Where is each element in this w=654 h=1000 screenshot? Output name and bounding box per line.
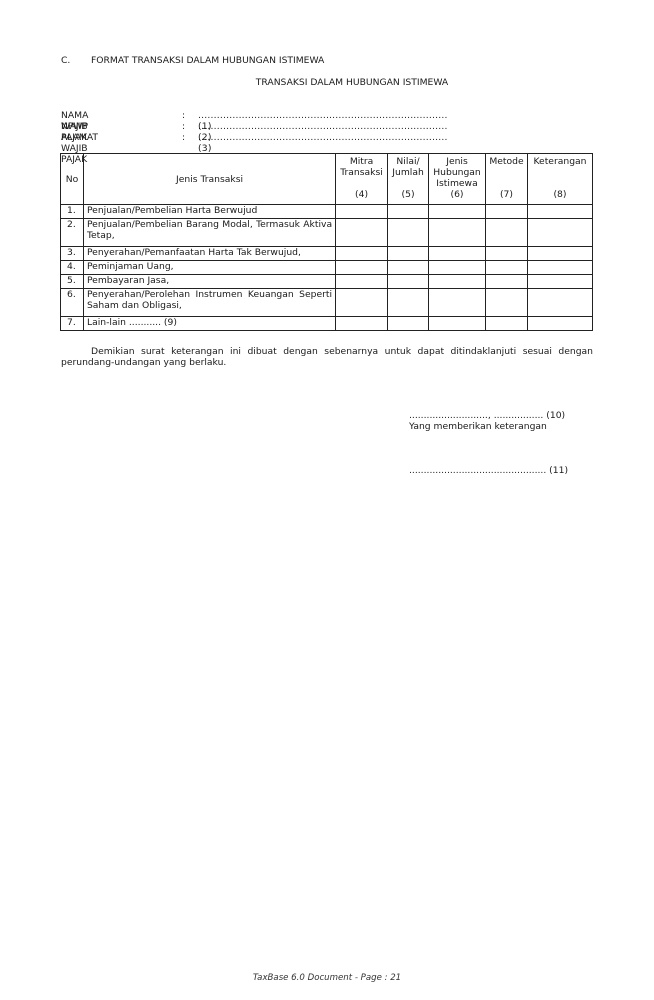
header-no: No: [61, 154, 84, 205]
table-header-row: No Jenis Transaksi Mitra Transaksi (4) N…: [61, 154, 593, 205]
header-metode: Metode (7): [485, 154, 527, 205]
header-number: (6): [432, 189, 482, 200]
header-number: (5): [391, 189, 425, 200]
row-jenis: Pembayaran Jasa,: [83, 275, 335, 289]
row-no: 3.: [61, 247, 84, 261]
row-jenis: Penyerahan/Perolehan Instrumen Keuangan …: [83, 289, 335, 317]
field-label: NPWP: [61, 121, 88, 132]
signature-place-date: ..........................., ...........…: [409, 410, 565, 421]
cell-hubungan: [429, 317, 486, 331]
row-jenis: Penjualan/Pembelian Harta Berwujud: [83, 205, 335, 219]
cell-hubungan: [429, 289, 486, 317]
cell-mitra: [336, 317, 388, 331]
closing-text: Demikian surat keterangan ini dibuat den…: [61, 346, 593, 368]
header-line: Istimewa: [432, 178, 482, 189]
cell-metode: [485, 219, 527, 247]
header-line: Keterangan: [531, 156, 589, 167]
cell-nilai: [388, 317, 429, 331]
header-line: Transaksi: [339, 167, 384, 178]
header-mitra-transaksi: Mitra Transaksi (4): [336, 154, 388, 205]
cell-mitra: [336, 289, 388, 317]
table-row: 2. Penjualan/Pembelian Barang Modal, Ter…: [61, 219, 593, 247]
header-nilai-jumlah: Nilai/ Jumlah (5): [388, 154, 429, 205]
cell-mitra: [336, 261, 388, 275]
table-row: 4. Peminjaman Uang,: [61, 261, 593, 275]
table-row: 1. Penjualan/Pembelian Harta Berwujud: [61, 205, 593, 219]
header-number: (7): [489, 189, 524, 200]
cell-mitra: [336, 219, 388, 247]
cell-keterangan: [527, 289, 592, 317]
header-jenis-transaksi: Jenis Transaksi: [83, 154, 335, 205]
row-jenis: Lain-lain ........... (9): [83, 317, 335, 331]
document-title: TRANSAKSI DALAM HUBUNGAN ISTIMEWA: [0, 77, 654, 88]
cell-hubungan: [429, 205, 486, 219]
header-line: Jenis: [432, 156, 482, 167]
cell-nilai: [388, 205, 429, 219]
section-letter: C.: [61, 55, 70, 66]
field-colon: :: [182, 132, 185, 143]
cell-mitra: [336, 247, 388, 261]
cell-metode: [485, 247, 527, 261]
header-line: Mitra: [339, 156, 384, 167]
table-row: 7. Lain-lain ........... (9): [61, 317, 593, 331]
header-jenis-hubungan-istimewa: Jenis Hubungan Istimewa (6): [429, 154, 486, 205]
section-title: FORMAT TRANSAKSI DALAM HUBUNGAN ISTIMEWA: [91, 55, 324, 66]
header-number: (8): [531, 189, 589, 200]
row-jenis: Penyerahan/Pemanfaatan Harta Tak Berwuju…: [83, 247, 335, 261]
row-no: 6.: [61, 289, 84, 317]
table-row: 3. Penyerahan/Pemanfaatan Harta Tak Berw…: [61, 247, 593, 261]
signature-name: ........................................…: [409, 465, 568, 476]
cell-mitra: [336, 205, 388, 219]
cell-nilai: [388, 247, 429, 261]
cell-keterangan: [527, 247, 592, 261]
cell-nilai: [388, 289, 429, 317]
closing-paragraph: Demikian surat keterangan ini dibuat den…: [61, 346, 593, 368]
cell-keterangan: [527, 205, 592, 219]
field-value: ........................................…: [198, 132, 448, 154]
cell-keterangan: [527, 219, 592, 247]
cell-metode: [485, 205, 527, 219]
cell-keterangan: [527, 275, 592, 289]
header-line: Nilai/: [391, 156, 425, 167]
cell-metode: [485, 289, 527, 317]
cell-nilai: [388, 219, 429, 247]
row-no: 5.: [61, 275, 84, 289]
header-line: Metode: [489, 156, 524, 167]
page-footer: TaxBase 6.0 Document - Page : 21: [0, 973, 654, 983]
transaction-table: No Jenis Transaksi Mitra Transaksi (4) N…: [60, 153, 593, 331]
cell-keterangan: [527, 261, 592, 275]
signature-label: Yang memberikan keterangan: [409, 421, 547, 432]
cell-keterangan: [527, 317, 592, 331]
table-row: 6. Penyerahan/Perolehan Instrumen Keuang…: [61, 289, 593, 317]
cell-hubungan: [429, 275, 486, 289]
header-keterangan: Keterangan (8): [527, 154, 592, 205]
row-jenis: Peminjaman Uang,: [83, 261, 335, 275]
cell-nilai: [388, 275, 429, 289]
header-line: Jumlah: [391, 167, 425, 178]
header-number: (4): [339, 189, 384, 200]
table-row: 5. Pembayaran Jasa,: [61, 275, 593, 289]
cell-metode: [485, 317, 527, 331]
row-no: 7.: [61, 317, 84, 331]
cell-nilai: [388, 261, 429, 275]
row-no: 4.: [61, 261, 84, 275]
field-colon: :: [182, 121, 185, 132]
cell-hubungan: [429, 261, 486, 275]
field-colon: :: [182, 110, 185, 121]
row-no: 1.: [61, 205, 84, 219]
row-jenis: Penjualan/Pembelian Barang Modal, Termas…: [83, 219, 335, 247]
cell-mitra: [336, 275, 388, 289]
cell-hubungan: [429, 219, 486, 247]
header-line: Hubungan: [432, 167, 482, 178]
row-no: 2.: [61, 219, 84, 247]
cell-metode: [485, 261, 527, 275]
cell-metode: [485, 275, 527, 289]
cell-hubungan: [429, 247, 486, 261]
